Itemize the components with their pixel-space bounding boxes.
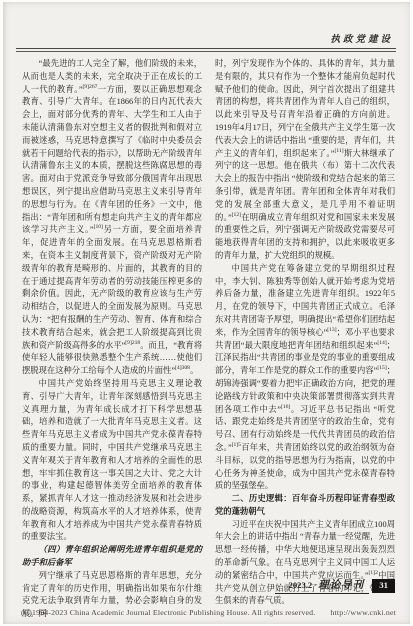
- text-run: 时，列宁发现作为个体的、具体的青年，其力量是有限的，其只有作为一个整体才能肩负起…: [215, 59, 395, 158]
- page-footer: 2023.2 理论导刊 31: [275, 577, 395, 594]
- body-paragraph: 中国共产党在筹备建立党的早期组织过程中，李大钊、陈独秀等创始人就开始考虑为党培养…: [215, 263, 395, 493]
- citation-marker: [13]: [327, 327, 336, 333]
- citation-marker: [1]5: [232, 442, 241, 448]
- copyright-line: (C)1994-2023 China Academic Journal Elec…: [21, 608, 400, 617]
- text-run: 另一方面，要全面培养青年，促进青年的全面发展。在马克思恩格斯看来，在资本主义制度…: [22, 225, 202, 349]
- body-paragraph: 时，列宁发现作为个体的、具体的青年，其力量是有限的，其只有作为一个整体才能肩负起…: [215, 58, 395, 263]
- citation-marker: [4]308: [175, 365, 190, 371]
- footer-journal-name: 理论导刊: [318, 577, 364, 592]
- body-paragraph: “最先进的工人完全了解，他们阶级的未来，从而也是人类的未来，完全取决于正在成长的…: [22, 58, 202, 378]
- text-run: 中国共产党在筹备建立党的早期组织过程中，李大钊、陈独秀等创始人就开始考虑为党培养…: [215, 264, 395, 337]
- footer-issue-label: 2023.2: [289, 580, 313, 590]
- body-paragraph: 中国共产党始终坚持用马克思主义理论教育、引导广大青年，让青年深刻感悟到马克思主义…: [22, 378, 202, 544]
- footer-issue-journal: 2023.2 理论导刊: [275, 577, 370, 594]
- citation-marker: [1]2: [369, 570, 378, 576]
- section-subheading: （四）青年组织论阐明先进青年组织是党的助手和后备军: [22, 544, 202, 570]
- text-column-left: “最先进的工人完全了解，他们阶级的未来，从而也是人类的未来，完全取决于正在成长的…: [22, 58, 202, 574]
- header-double-rule: [16, 48, 396, 52]
- citation-marker: [9]218: [125, 340, 140, 346]
- page-number-badge: 31: [372, 579, 395, 593]
- citation-marker: [15]: [377, 365, 386, 371]
- text-run: 二、历史逻辑：百年奋斗历程印证青春型政党的蓬勃朝气: [215, 494, 395, 516]
- text-column-right: 时，列宁发现作为个体的、具体的青年，其力量是有限的，其只有作为一个整体才能肩负起…: [215, 58, 395, 574]
- text-run: 一方面，要以正确思想观念教育、引导广大青年。在1866年的日内瓦代表大会上，面对…: [22, 85, 202, 235]
- text-run: 百年来，共青团始终以党的政治纲领为奋斗目标，以党的指导思想为行为指南，以党的中心…: [215, 443, 395, 490]
- text-run: 在明确成立青年组织对党和国家未来发展的重要性之后，列宁强调无产阶级政党需要尽可能…: [215, 213, 395, 260]
- citation-marker: [14]: [377, 340, 386, 346]
- section-heading: 二、历史逻辑：百年奋斗历程印证青春型政党的蓬勃朝气: [215, 493, 395, 519]
- copyright-url: http://www.cnki.net: [330, 608, 396, 617]
- body-paragraph: 习近平在庆祝中国共产主义青年团成立100周年大会上的讲话中指出 “青春力量一经觉…: [215, 519, 395, 609]
- citation-marker: [12]: [232, 212, 241, 218]
- citation-marker: [16]: [281, 404, 290, 410]
- text-run: 中国共产党始终坚持用马克思主义理论教育、引导广大青年，让青年深刻感悟到马克思主义…: [22, 379, 202, 542]
- citation-marker: [10]: [94, 225, 103, 231]
- text-run: 斯大林继承了列宁的这一思想。他在俄共（布）第十二次代表大会上的报告中指出 “使阶…: [215, 149, 395, 222]
- article-body: “最先进的工人完全了解，他们阶级的未来，从而也是人类的未来，完全取决于正在成长的…: [22, 58, 395, 574]
- text-run: （四）青年组织论阐明先进青年组织是党的助手和后备军: [22, 545, 202, 567]
- text-run: 。: [190, 366, 198, 375]
- citation-marker: [9]267: [83, 84, 98, 90]
- copyright-notice: (C)1994-2023 China Academic Journal Elec…: [21, 608, 315, 617]
- citation-marker: [11]: [334, 148, 343, 154]
- journal-page: 执政党建设 “最先进的工人完全了解，他们阶级的未来，从而也是人类的未来，完全取决…: [3, 2, 410, 624]
- running-head-section-label: 执政党建设: [330, 31, 393, 45]
